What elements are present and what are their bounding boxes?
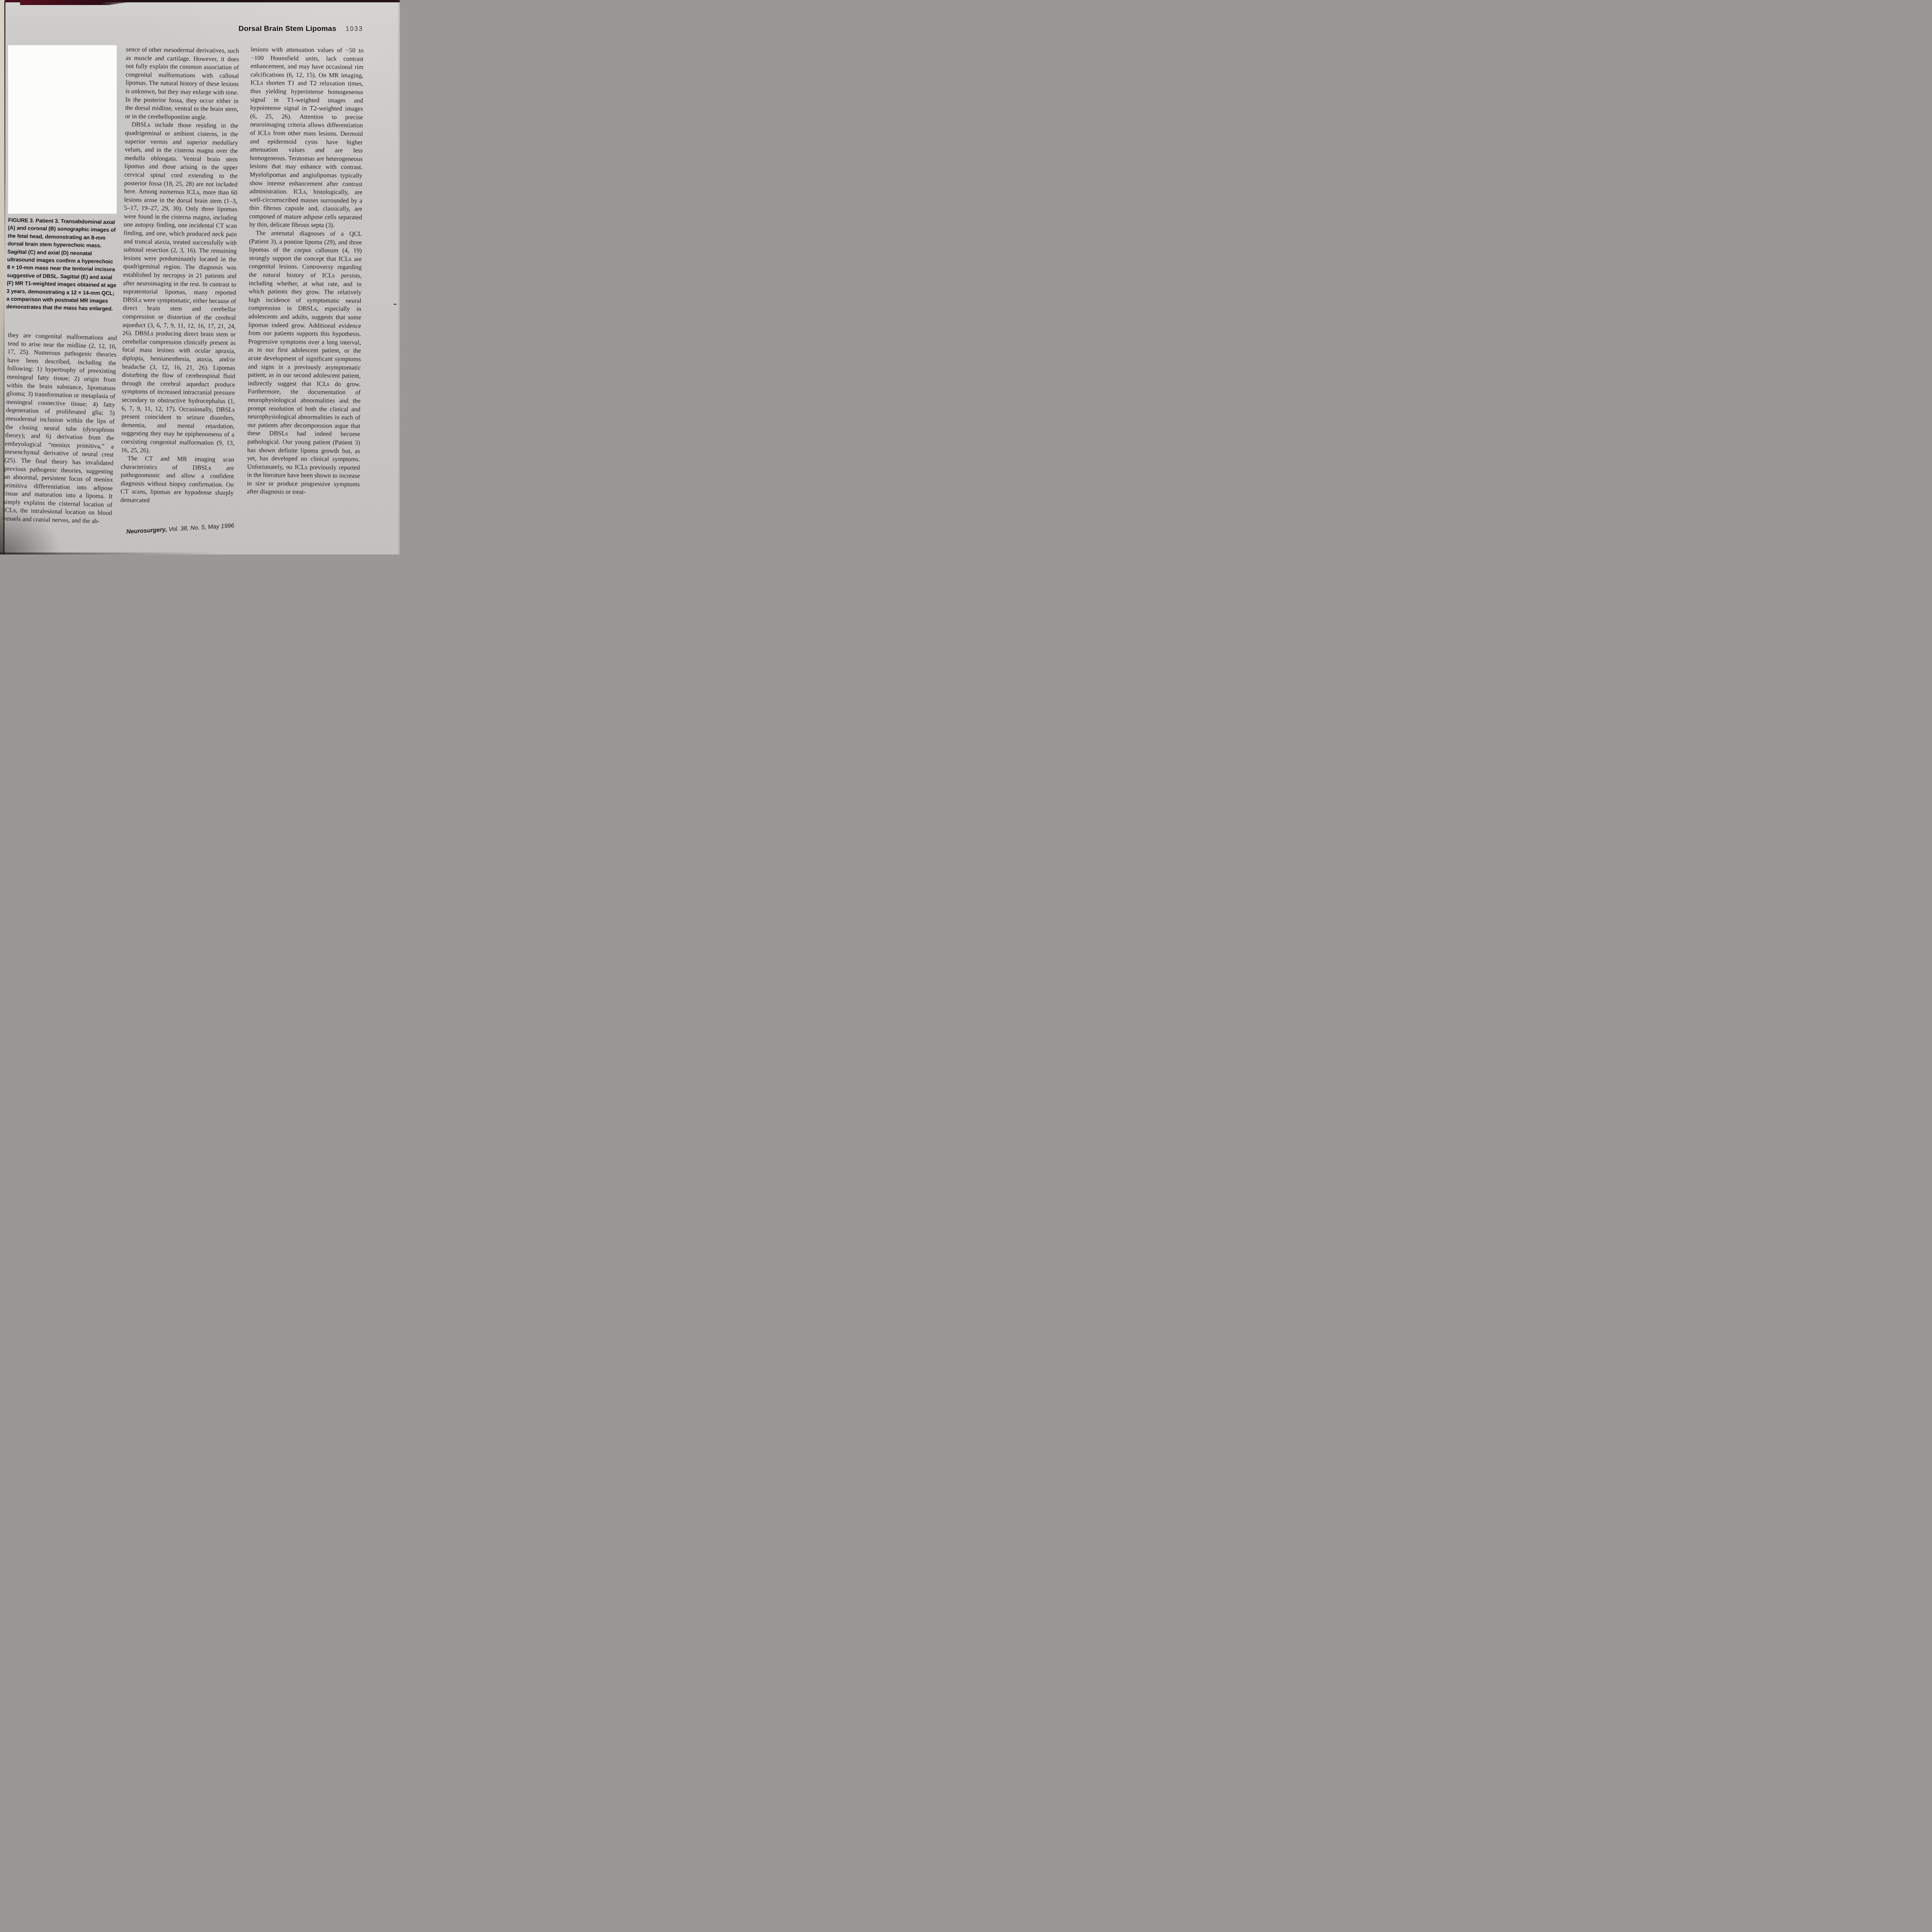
book-cover-top-wedge xyxy=(20,0,144,5)
journal-page-scan: Dorsal Brain Stem Lipomas 1033 FIGURE 3.… xyxy=(0,0,400,554)
running-head-title: Dorsal Brain Stem Lipomas xyxy=(238,25,336,33)
column-right: lesions with attenuation values of −50 t… xyxy=(247,45,364,497)
figure-3-image-placeholder xyxy=(8,45,117,214)
running-head: Dorsal Brain Stem Lipomas 1033 xyxy=(238,25,363,33)
page-number: 1033 xyxy=(345,26,363,33)
journal-name: Neurosurgery, xyxy=(126,526,167,535)
figure-3-caption: FIGURE 3. Patient 3. Transabdominal axia… xyxy=(6,216,118,313)
page-edge-bottom xyxy=(0,553,220,554)
column-middle: sence of other mesodermal derivatives, s… xyxy=(120,45,239,505)
paragraph: sence of other mesodermal derivatives, s… xyxy=(125,45,239,122)
paragraph: they are congenital malformations and te… xyxy=(3,331,117,526)
scan-speck xyxy=(394,304,396,305)
column-left: they are congenital malformations and te… xyxy=(3,331,117,526)
journal-footer: Neurosurgery, Vol. 38, No. 5, May 1996 xyxy=(126,522,234,536)
paragraph: The CT and MR imaging scan characteristi… xyxy=(120,454,234,505)
paragraph: DBSLs include those residing in the quad… xyxy=(121,120,238,455)
paragraph: lesions with attenuation values of −50 t… xyxy=(249,45,364,230)
spine-shadow-line-top xyxy=(4,2,5,262)
page-edge-right xyxy=(398,0,400,554)
journal-issue: Vol. 38, No. 5, May 1996 xyxy=(167,522,235,533)
paragraph: The antenatal diagnoses of a QCL (Patien… xyxy=(247,229,362,497)
